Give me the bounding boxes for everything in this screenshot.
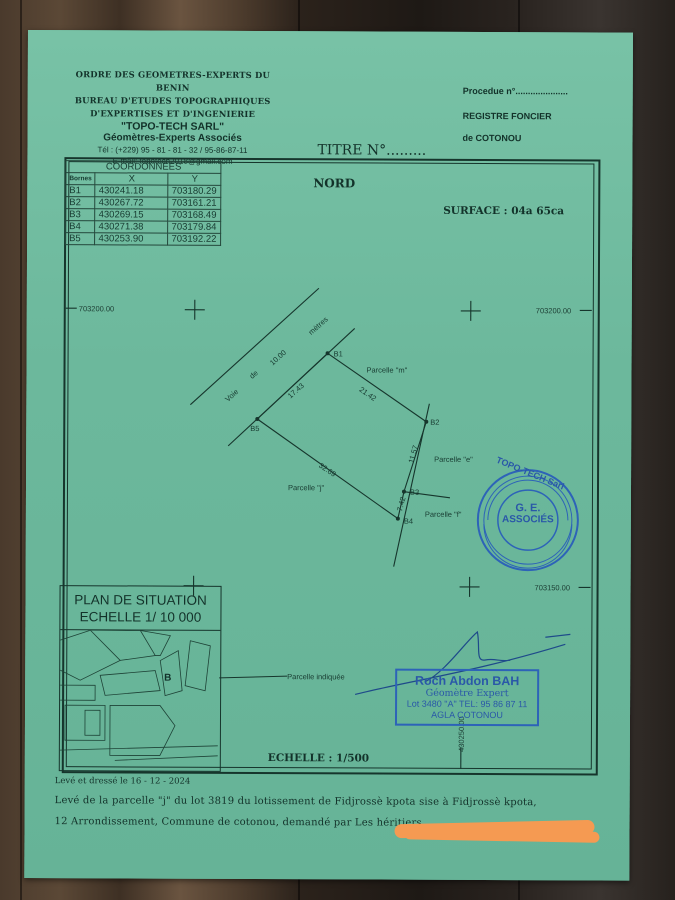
- surveyor-city: AGLA COTONOU: [397, 710, 537, 722]
- situation-title: PLAN DE SITUATION ECHELLE 1/ 10 000: [60, 586, 220, 631]
- survey-description-line1: Levé de la parcelle "j" du lot 3819 du l…: [55, 795, 537, 808]
- parcel-e-label: Parcelle "e": [434, 455, 473, 464]
- survey-description-line2: 12 Arrondissement, Commune de cotonou, d…: [55, 816, 422, 829]
- round-stamp-center: G. E. ASSOCIÉS: [498, 502, 558, 526]
- stamp-associes: ASSOCIÉS: [498, 514, 558, 526]
- parcel-indicated-label: Parcelle indiquée: [287, 672, 345, 681]
- parcel-f-label: Parcelle "f": [425, 510, 462, 519]
- survey-document: ORDRE DES GEOMETRES-EXPERTS DU BENIN BUR…: [24, 30, 633, 881]
- situation-plan: PLAN DE SITUATION ECHELLE 1/ 10 000 B: [59, 585, 222, 772]
- surveyor-name: Roch Abdon BAH: [397, 674, 537, 689]
- vertex-b1: B1: [334, 349, 343, 358]
- surveyor-title: Géomètre Expert: [397, 688, 537, 700]
- parcel-m-label: Parcelle "m": [367, 365, 408, 374]
- plan-scale: ECHELLE : 1/500: [268, 752, 369, 764]
- parcel-j-label: Parcelle "j": [288, 483, 324, 492]
- situation-title-line1: PLAN DE SITUATION: [60, 591, 220, 609]
- situation-map: B: [60, 630, 219, 775]
- situation-marker: B: [164, 673, 171, 684]
- vertex-b4: B4: [404, 517, 413, 526]
- surveyor-stamp: Roch Abdon BAH Géomètre Expert Lot 3480 …: [395, 669, 539, 727]
- stamp-ge: G. E.: [498, 502, 558, 514]
- situation-title-line2: ECHELLE 1/ 10 000: [60, 608, 220, 626]
- wood-plank-seam: [20, 0, 22, 900]
- vertex-b2: B2: [430, 418, 439, 427]
- survey-date: Levé et dressé le 16 - 12 - 2024: [55, 776, 191, 787]
- surveyor-address: Lot 3480 "A" TEL: 95 86 87 11: [397, 699, 537, 711]
- vertex-b5: B5: [250, 424, 259, 433]
- vertex-b3: B3: [410, 488, 419, 497]
